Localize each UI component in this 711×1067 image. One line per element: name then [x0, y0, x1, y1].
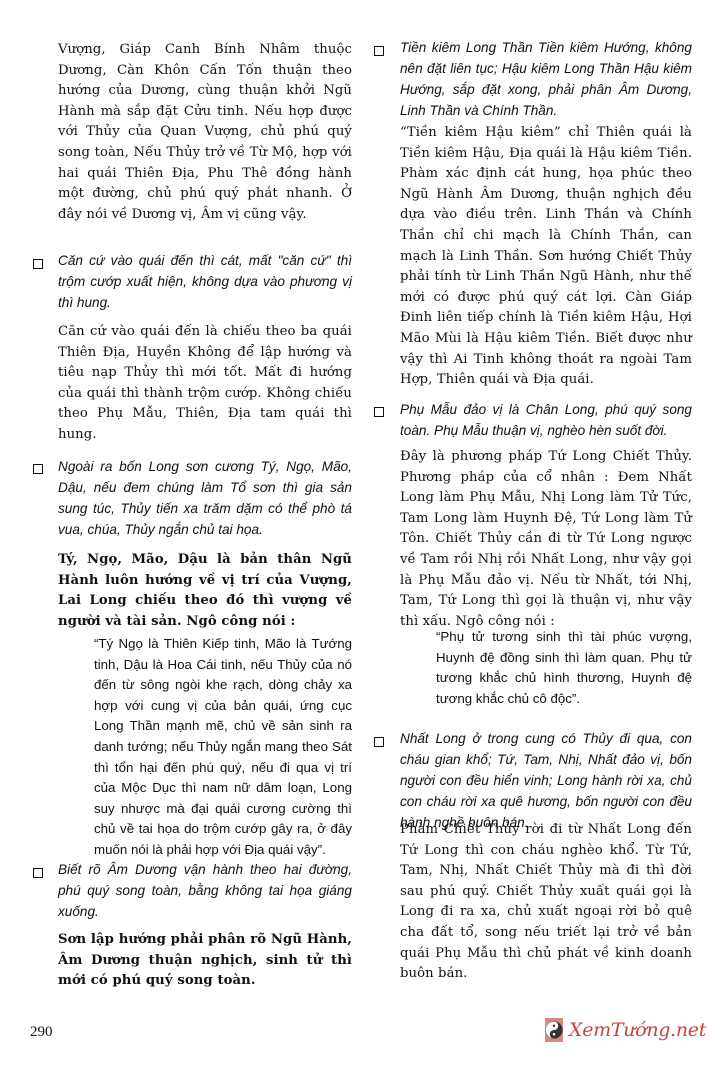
paragraph-left-1: Vượng, Giáp Canh Bính Nhâm thuộc Dương, … [58, 40, 352, 225]
quote-left-1: “Tý Ngọ là Thiên Kiếp tinh, Mão là Tướng… [94, 634, 352, 861]
checkbox-bullet-icon [33, 868, 43, 878]
paragraph-left-3: Tý, Ngọ, Mão, Dậu là bản thân Ngũ Hành l… [58, 550, 352, 632]
yin-yang-icon [545, 1018, 563, 1042]
paragraph-left-4: Sơn lập hướng phải phân rõ Ngũ Hành, Âm … [58, 930, 352, 992]
note-left-2: Ngoài ra bốn Long sơn cương Tý, Ngọ, Mão… [58, 456, 352, 540]
paragraph-right-2: Đây là phương pháp Tứ Long Chiết Thủy. P… [400, 447, 692, 632]
watermark: XemTướng.net [545, 1010, 705, 1050]
note-right-1: Tiền kiêm Long Thần Tiền kiêm Hướng, khô… [400, 37, 692, 121]
note-left-3: Biết rõ Âm Dương vận hành theo hai đường… [58, 859, 352, 922]
checkbox-bullet-icon [33, 464, 43, 474]
quote-right-1: “Phụ tử tương sinh thì tài phúc vượng, H… [436, 627, 692, 709]
note-right-2: Phụ Mẫu đảo vị là Chân Long, phú quý son… [400, 399, 692, 441]
note-right-3: Nhất Long ở trong cung có Thủy đi qua, c… [400, 728, 692, 833]
paragraph-right-1: “Tiền kiêm Hậu kiêm” chỉ Thiên quái là T… [400, 123, 692, 391]
page-number: 290 [30, 1024, 53, 1041]
checkbox-bullet-icon [374, 407, 384, 417]
checkbox-bullet-icon [33, 259, 43, 269]
note-left-1: Căn cứ vào quái đến thì cát, mất "căn cứ… [58, 250, 352, 313]
checkbox-bullet-icon [374, 46, 384, 56]
paragraph-left-2: Căn cứ vào quái đến là chiếu theo ba quá… [58, 322, 352, 446]
watermark-text: XemTướng.net [569, 1019, 706, 1041]
checkbox-bullet-icon [374, 737, 384, 747]
paragraph-right-3: Phàm Chiết Thủy rời đi từ Nhất Long đến … [400, 820, 692, 985]
